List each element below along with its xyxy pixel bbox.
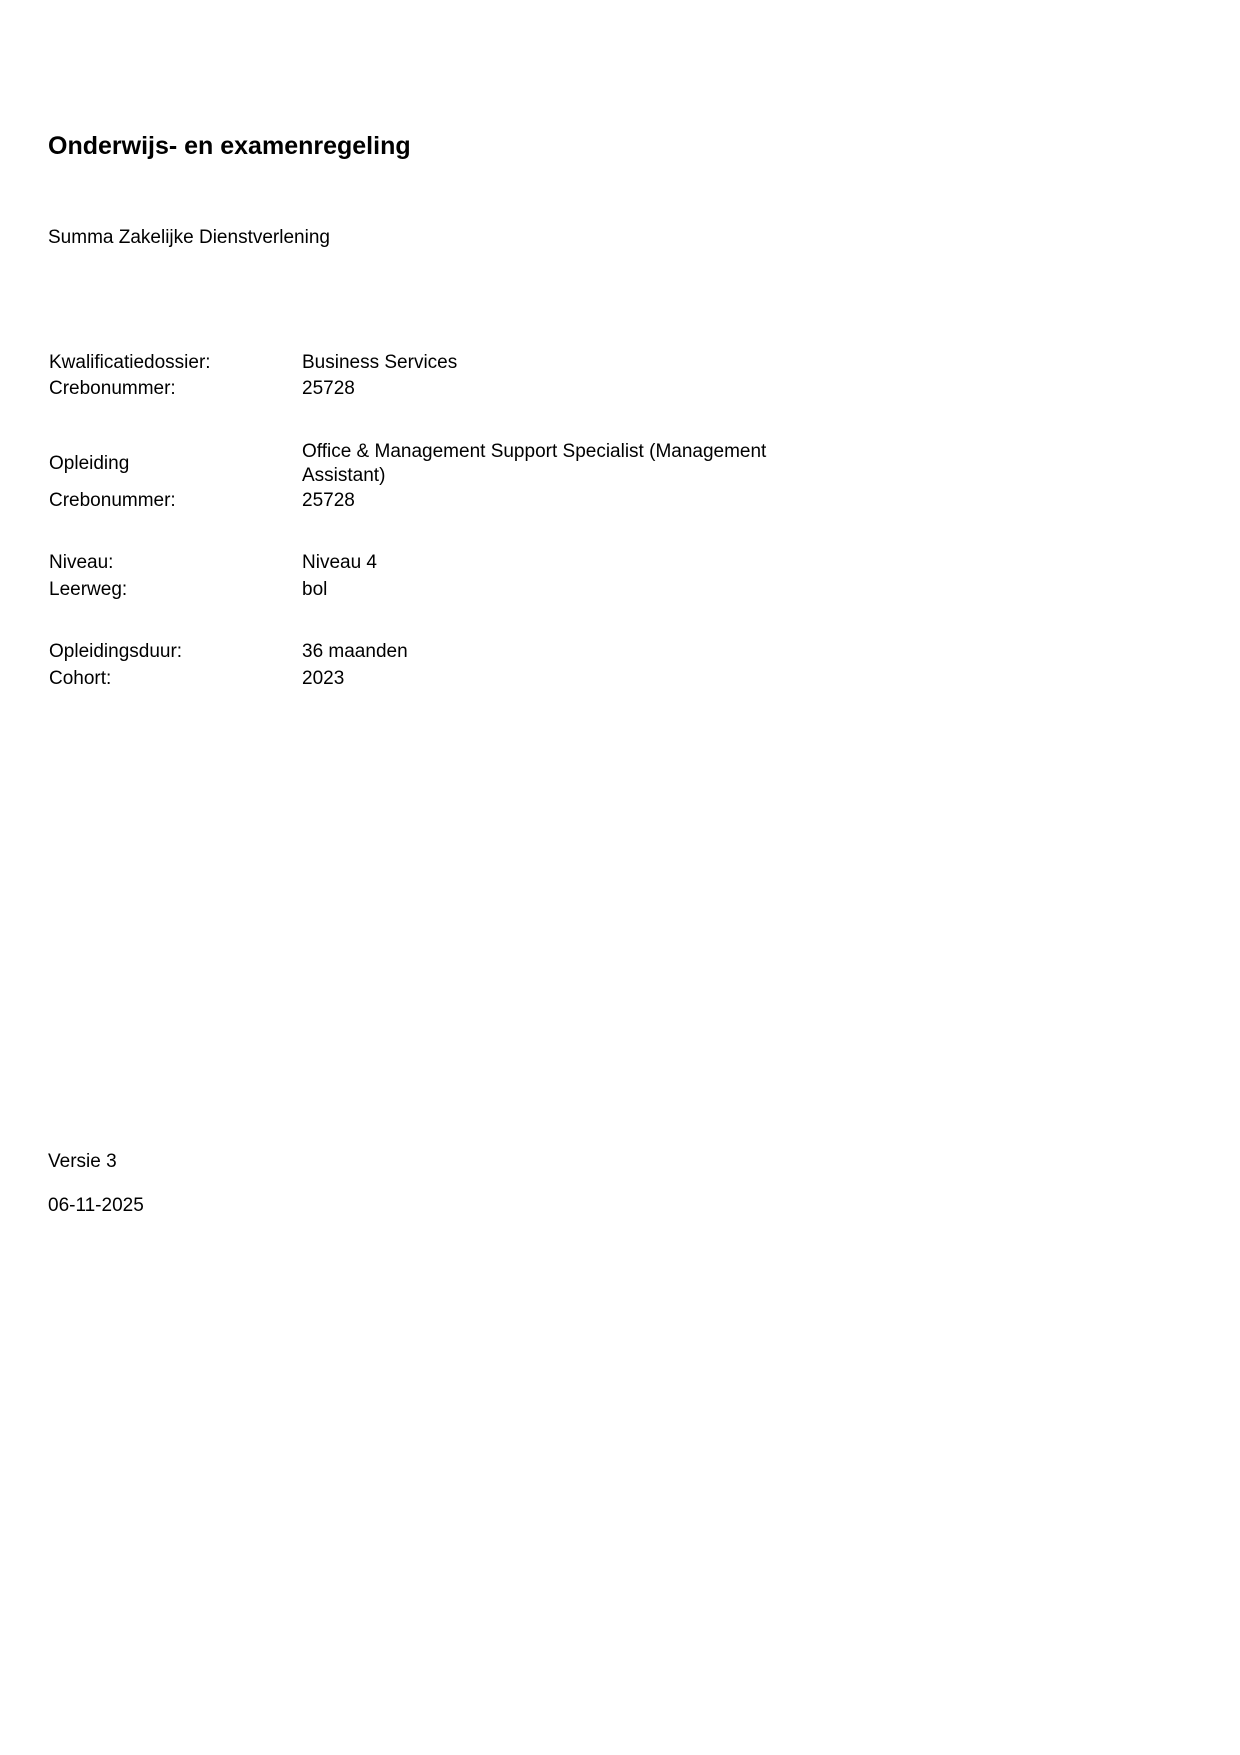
field-value: 25728: [302, 377, 842, 401]
field-label: Opleiding: [49, 452, 129, 476]
field-label: Kwalificatiedossier:: [49, 351, 211, 375]
organization-name: Summa Zakelijke Dienstverlening: [48, 226, 330, 250]
document-date: 06-11-2025: [48, 1194, 144, 1218]
document-version: Versie 3: [48, 1150, 117, 1174]
field-label: Opleidingsduur:: [49, 640, 182, 664]
field-label: Niveau:: [49, 551, 113, 575]
field-value: bol: [302, 578, 842, 602]
field-label: Crebonummer:: [49, 489, 176, 513]
field-label: Crebonummer:: [49, 377, 176, 401]
field-value: 25728: [302, 489, 842, 513]
document-title: Onderwijs- en examenregeling: [48, 131, 411, 161]
field-value: 2023: [302, 667, 842, 691]
field-label: Leerweg:: [49, 578, 127, 602]
field-value: Business Services: [302, 351, 842, 375]
field-value: Niveau 4: [302, 551, 842, 575]
field-value: 36 maanden: [302, 640, 842, 664]
field-label: Cohort:: [49, 667, 111, 691]
field-value: Office & Management Support Specialist (…: [302, 440, 842, 488]
